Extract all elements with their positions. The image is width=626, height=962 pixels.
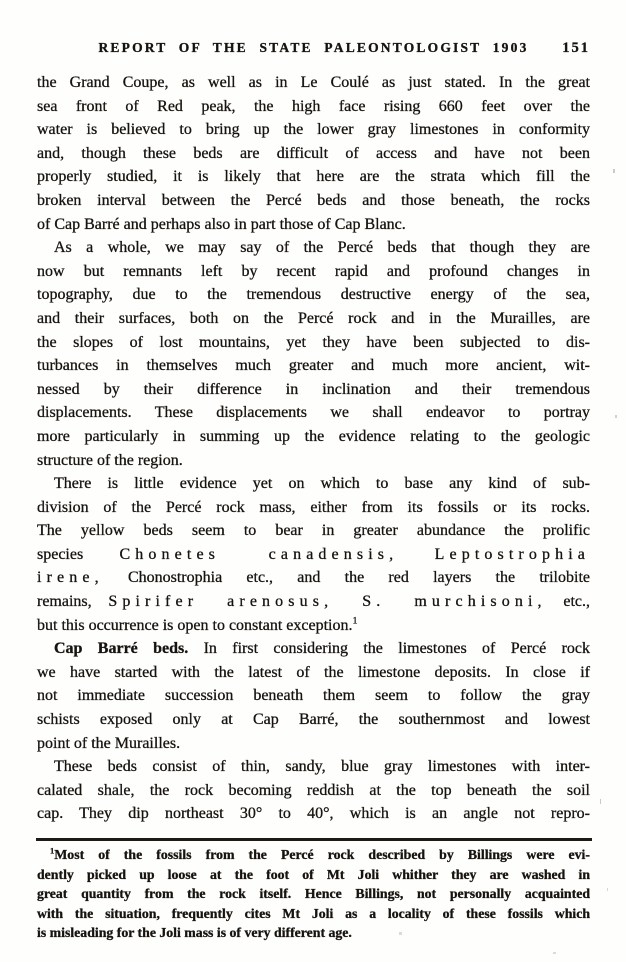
text-segment: displacements. These displacements we sh… xyxy=(37,404,590,421)
text-line: more particularly in summing up the evid… xyxy=(37,425,590,449)
text-line: irene, Chonostrophia etc., and the red l… xyxy=(37,566,590,590)
text-segment: As a whole, we may say of the Percé beds… xyxy=(54,239,590,256)
text-segment: Leptostrophia xyxy=(435,546,590,563)
text-line: Cap Barré beds. In first considering the… xyxy=(37,637,590,661)
text-line: broken interval between the Percé beds a… xyxy=(37,189,590,213)
text-segment: great quantity from the rock itself. Hen… xyxy=(37,886,590,901)
text-segment: schists exposed only at Cap Barré, the s… xyxy=(37,711,590,728)
body-text: the Grand Coupe, as well as in Le Coulé … xyxy=(37,71,590,826)
footnote-separator-rule xyxy=(36,838,592,841)
text-segment: Spirifer arenosus, S. murchisoni, xyxy=(108,593,546,610)
scan-speck xyxy=(399,932,402,935)
page-number: 151 xyxy=(562,40,590,57)
text-segment: In first considering the limestones of P… xyxy=(188,640,590,657)
scan-speck xyxy=(553,952,556,954)
text-line: great quantity from the rock itself. Hen… xyxy=(37,884,590,904)
text-line: and their surfaces, both on the Percé ro… xyxy=(37,307,590,331)
text-segment: cap. They dip northeast 30° to 40°, whic… xyxy=(37,805,590,822)
text-line: schists exposed only at Cap Barré, the s… xyxy=(37,708,590,732)
text-line: properly studied, it is likely that here… xyxy=(37,165,590,189)
paragraph: These beds consist of thin, sandy, blue … xyxy=(37,755,590,826)
text-line: 1Most of the fossils from the Percé rock… xyxy=(37,845,590,865)
text-segment: Cap Barré beds. xyxy=(54,640,188,657)
text-line: we have started with the latest of the l… xyxy=(37,661,590,685)
text-segment: remains, xyxy=(37,593,108,610)
paragraph: Cap Barré beds. In first considering the… xyxy=(37,637,590,755)
book-page: REPORT OF THE STATE PALEONTOLOGIST 1903 … xyxy=(0,0,626,962)
text-line: The yellow beds seem to bear in greater … xyxy=(37,519,590,543)
text-line: water is believed to bring up the lower … xyxy=(37,118,590,142)
text-segment xyxy=(398,546,434,563)
text-segment: There is little evidence yet on which to… xyxy=(54,475,590,492)
text-line: There is little evidence yet on which to… xyxy=(37,472,590,496)
text-segment: These beds consist of thin, sandy, blue … xyxy=(54,758,590,775)
text-segment: calated shale, the rock becoming reddish… xyxy=(37,782,590,799)
scan-speck xyxy=(615,415,617,418)
text-line: the Grand Coupe, as well as in Le Coulé … xyxy=(37,71,590,95)
text-line: dently picked up loose at the foot of Mt… xyxy=(37,865,590,885)
text-segment: not immediate succession beneath them se… xyxy=(37,687,590,704)
text-segment: water is believed to bring up the lower … xyxy=(37,121,590,138)
scan-speck xyxy=(613,169,615,173)
text-line: topography, due to the tremendous destru… xyxy=(37,283,590,307)
text-segment: we have started with the latest of the l… xyxy=(37,664,590,681)
text-line: displacements. These displacements we sh… xyxy=(37,401,590,425)
text-segment: the Grand Coupe, as well as in Le Coulé … xyxy=(37,74,590,91)
text-line: turbances in themselves much greater and… xyxy=(37,354,590,378)
text-segment: and their surfaces, both on the Percé ro… xyxy=(37,310,590,327)
text-segment: and, though these beds are difficult of … xyxy=(37,145,590,162)
text-segment: sea front of Red peak, the high face ris… xyxy=(37,98,590,115)
footnote: 1Most of the fossils from the Percé rock… xyxy=(37,845,590,943)
text-segment: turbances in themselves much greater and… xyxy=(37,357,590,374)
paragraph: 1Most of the fossils from the Percé rock… xyxy=(37,845,590,943)
text-segment: is misleading for the Joli mass is of ve… xyxy=(37,925,352,940)
text-line: remains, Spirifer arenosus, S. murchison… xyxy=(37,590,590,614)
text-line: but this occurrence is open to constant … xyxy=(37,614,590,638)
text-segment: species xyxy=(37,546,120,563)
text-line: calated shale, the rock becoming reddish… xyxy=(37,779,590,803)
text-line: structure of the region. xyxy=(37,449,590,473)
scan-speck xyxy=(600,799,601,804)
text-line: species Chonetes canadensis, Leptostroph… xyxy=(37,543,590,567)
footnote-reference: 1 xyxy=(352,615,357,626)
text-segment: irene, xyxy=(37,569,104,586)
text-line: of Cap Barré and perhaps also in part th… xyxy=(37,213,590,237)
paragraph: the Grand Coupe, as well as in Le Coulé … xyxy=(37,71,590,236)
text-segment: dently picked up loose at the foot of Mt… xyxy=(37,867,590,882)
page-header: REPORT OF THE STATE PALEONTOLOGIST 1903 … xyxy=(37,40,590,60)
text-line: is misleading for the Joli mass is of ve… xyxy=(37,923,590,943)
running-head: REPORT OF THE STATE PALEONTOLOGIST 1903 xyxy=(98,40,528,56)
text-line: not immediate succession beneath them se… xyxy=(37,684,590,708)
text-segment: The yellow beds seem to bear in greater … xyxy=(37,522,590,539)
text-line: the slopes of lost mountains, yet they h… xyxy=(37,331,590,355)
text-line: now but remnants left by recent rapid an… xyxy=(37,260,590,284)
text-line: with the situation, frequently cites Mt … xyxy=(37,904,590,924)
paragraph: There is little evidence yet on which to… xyxy=(37,472,590,637)
text-line: and, though these beds are difficult of … xyxy=(37,142,590,166)
text-segment: Chonostrophia etc., and the red layers t… xyxy=(104,569,590,586)
text-segment: now but remnants left by recent rapid an… xyxy=(37,263,590,280)
text-segment: but this occurrence is open to constant … xyxy=(37,617,352,634)
text-segment: Most of the fossils from the Percé rock … xyxy=(54,847,590,862)
scan-speck xyxy=(607,888,608,891)
text-segment: nessed by their difference in inclinatio… xyxy=(37,381,590,398)
text-line: sea front of Red peak, the high face ris… xyxy=(37,95,590,119)
text-segment: etc., xyxy=(547,593,590,610)
text-line: nessed by their difference in inclinatio… xyxy=(37,378,590,402)
text-segment: point of the Murailles. xyxy=(37,735,180,752)
text-segment: Chonetes canadensis, xyxy=(120,546,399,563)
text-segment: with the situation, frequently cites Mt … xyxy=(37,906,590,921)
text-segment: more particularly in summing up the evid… xyxy=(37,428,590,445)
paragraph: As a whole, we may say of the Percé beds… xyxy=(37,236,590,472)
text-segment: broken interval between the Percé beds a… xyxy=(37,192,590,209)
text-segment: properly studied, it is likely that here… xyxy=(37,168,590,185)
text-line: As a whole, we may say of the Percé beds… xyxy=(37,236,590,260)
text-segment: topography, due to the tremendous destru… xyxy=(37,286,590,303)
text-segment: of Cap Barré and perhaps also in part th… xyxy=(37,216,406,233)
text-line: point of the Murailles. xyxy=(37,732,590,756)
text-segment: division of the Percé rock mass, either … xyxy=(37,499,590,516)
text-line: cap. They dip northeast 30° to 40°, whic… xyxy=(37,802,590,826)
text-segment: structure of the region. xyxy=(37,452,183,469)
text-line: division of the Percé rock mass, either … xyxy=(37,496,590,520)
text-line: These beds consist of thin, sandy, blue … xyxy=(37,755,590,779)
text-segment: the slopes of lost mountains, yet they h… xyxy=(37,334,590,351)
